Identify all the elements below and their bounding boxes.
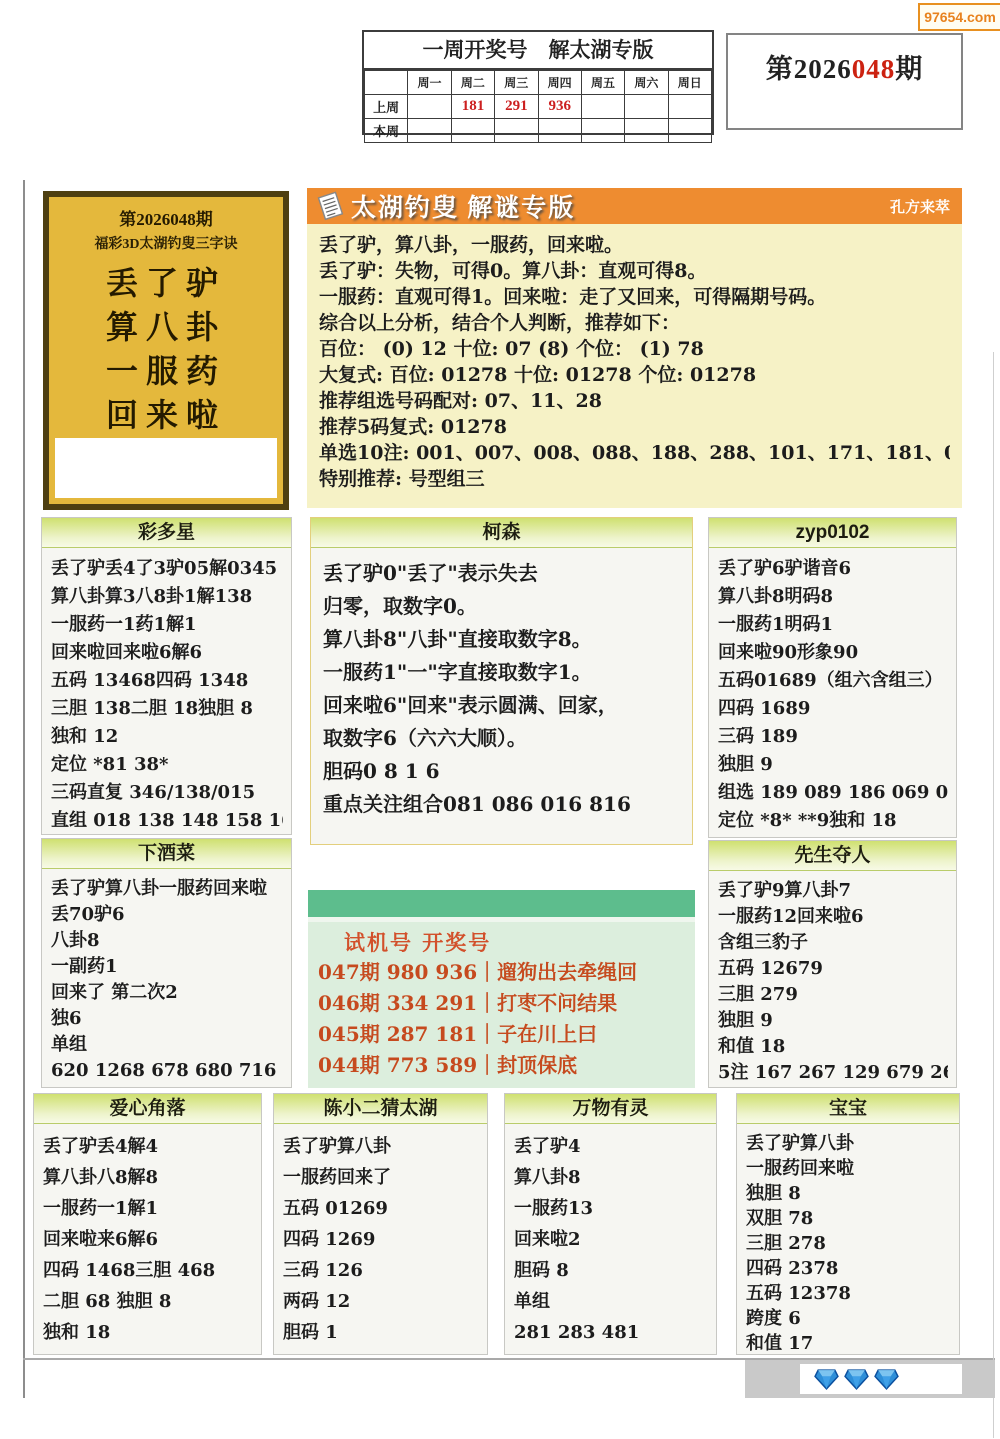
draw-cell	[581, 119, 624, 143]
week-header-row: 周一 周二 周三 周四 周五 周六 周日	[365, 71, 712, 95]
panel-title: 爱心角落	[34, 1094, 261, 1124]
text-line: 算八卦八8解8	[43, 1162, 253, 1193]
week-col: 周一	[408, 71, 451, 95]
text-line: 独6	[51, 1006, 283, 1032]
panel-title: 宝宝	[737, 1094, 959, 1124]
draw-cell	[451, 119, 494, 143]
draw-cell	[581, 95, 624, 119]
text-line: 五码01689（组六含组三）	[718, 667, 948, 695]
text-line: 三胆 138二胆 18独胆 8	[51, 695, 283, 723]
text-line: 胆码0 8 1 6	[323, 755, 680, 788]
text-line: 三码直复 346/138/015	[51, 779, 283, 807]
diamond-icon	[814, 1369, 839, 1390]
text-line: 单组	[51, 1032, 283, 1058]
text-line: 一服药：直观可得1。回来啦：走了又回来，可得隔期号码。	[319, 284, 950, 310]
panel-body: 丢了驴丢4解4 算八卦八8解8 一服药一1解1 回来啦来6解6 四码 1468三…	[34, 1124, 261, 1348]
draw-cell	[668, 119, 711, 143]
text-line: 丢了驴9算八卦7	[718, 878, 948, 904]
week-draw-box: 一周开奖号 解太湖专版 周一 周二 周三 周四 周五 周六 周日 上周 181 …	[362, 30, 714, 135]
text-line: 组选 189 089 186 069 009	[718, 779, 948, 807]
history-line: 045期 287 181｜子在川上曰	[318, 1019, 695, 1050]
text-line: 丢了驴：失物，可得0。算八卦：直观可得8。	[319, 258, 950, 284]
text-line: 一服药1"一"字直接取数字1。	[323, 656, 680, 689]
verse-line: 丢了驴	[49, 261, 283, 305]
site-link[interactable]: 97654.com	[918, 3, 1000, 31]
diamond-icon	[874, 1369, 899, 1390]
verse-line: 一服药	[49, 349, 283, 393]
blank-strip	[55, 438, 277, 498]
draw-cell	[538, 119, 581, 143]
text-line: 百位： (0) 12 十位: 07 (8) 个位： (1) 78	[319, 336, 950, 362]
panel-body: 丢了驴4 算八卦8 一服药13 回来啦2 胆码 8 单组 281 283 481	[505, 1124, 716, 1348]
history-line: 047期 980 936｜遛狗出去牵绳回	[318, 957, 695, 988]
text-line: 取数字6（六六大顺）。	[323, 722, 680, 755]
text-line: 推荐组选号码配对: 07、11、28	[319, 388, 950, 414]
text-line: 丢了驴4	[514, 1131, 708, 1162]
main-panel-body: 丢了驴，算八卦，一服药，回来啦。 丢了驴：失物，可得0。算八卦：直观可得8。 一…	[307, 224, 962, 492]
panel-body: 丢了驴0"丢了"表示失去 归零，取数字0。 算八卦8"八卦"直接取数字8。 一服…	[311, 548, 692, 821]
text-line: 回来啦回来啦6解6	[51, 639, 283, 667]
history-header: 试机号 开奖号	[344, 927, 695, 957]
text-line: 和值 18	[718, 1034, 948, 1060]
draw-cell: 181	[451, 95, 494, 119]
text-line: 620 1268 678 680 716	[51, 1058, 283, 1084]
text-line: 一服药13	[514, 1193, 708, 1224]
text-line: 五码 12679	[718, 956, 948, 982]
text-line: 丢了驴6驴谐音6	[718, 555, 948, 583]
text-line: 算八卦8	[514, 1162, 708, 1193]
issue-suffix: 期	[895, 54, 923, 84]
draw-cell	[668, 95, 711, 119]
right-border-rule	[993, 352, 994, 1438]
text-line: 一服药1明码1	[718, 611, 948, 639]
panel-body: 丢了驴算八卦 一服药回来了 五码 01269 四码 1269 三码 126 两码…	[274, 1124, 487, 1348]
text-line: 独胆 9	[718, 751, 948, 779]
text-line: 独胆 8	[746, 1181, 951, 1206]
week-last-row: 上周 181 291 936	[365, 95, 712, 119]
text-line: 一服药12回来啦6	[718, 904, 948, 930]
text-line: 三胆 279	[718, 982, 948, 1008]
issue-number-box: 第2026048期	[726, 33, 963, 130]
text-line: 三码 126	[283, 1255, 479, 1286]
text-line: 一服药回来了	[283, 1162, 479, 1193]
history-line: 044期 773 589｜封顶保底	[318, 1050, 695, 1081]
week-corner-cell	[365, 71, 408, 95]
text-line: 三胆 278	[746, 1231, 951, 1256]
panel-title: 柯森	[311, 518, 692, 548]
draw-cell	[495, 119, 538, 143]
text-line: 丢了驴丢4了3驴05解0345	[51, 555, 283, 583]
text-line: 单选10注: 001、007、008、088、188、288、101、171、1…	[319, 440, 950, 466]
text-line: 四码 1269	[283, 1224, 479, 1255]
row-label: 上周	[365, 95, 408, 119]
panel-xiansheng: 先生夺人 丢了驴9算八卦7 一服药12回来啦6 含组三豹子 五码 12679 三…	[708, 840, 957, 1088]
text-line: 四码 1689	[718, 695, 948, 723]
page: 97654.com 一周开奖号 解太湖专版 周一 周二 周三 周四 周五 周六 …	[0, 0, 1000, 1439]
text-line: 回来啦2	[514, 1224, 708, 1255]
text-line: 独和 12	[51, 723, 283, 751]
text-line: 特别推荐: 号型组三	[319, 466, 950, 492]
text-line: 五码 01269	[283, 1193, 479, 1224]
footer-icons-box	[800, 1364, 962, 1394]
text-line: 胆码 8	[514, 1255, 708, 1286]
text-line: 跨度 6	[746, 1306, 951, 1331]
text-line: 算八卦算3八8卦1解138	[51, 583, 283, 611]
text-line: 一副药1	[51, 954, 283, 980]
draw-cell	[625, 95, 668, 119]
history-line: 046期 334 291｜打枣不问结果	[318, 988, 695, 1019]
text-line: 回来啦90形象90	[718, 639, 948, 667]
panel-body: 丢了驴9算八卦7 一服药12回来啦6 含组三豹子 五码 12679 三胆 279…	[709, 871, 956, 1086]
main-panel-header: 太湖钓叟 解谜专版 孔方来萃	[307, 188, 962, 224]
panel-body: 丢了驴6驴谐音6 算八卦8明码8 一服药1明码1 回来啦90形象90 五码016…	[709, 548, 956, 835]
text-line: 五码 12378	[746, 1281, 951, 1306]
text-line: 含组三豹子	[718, 930, 948, 956]
left-border-rule	[23, 180, 25, 1398]
draw-cell: 936	[538, 95, 581, 119]
text-line: 三码 189	[718, 723, 948, 751]
text-line: 大复式: 百位: 01278 十位: 01278 个位: 01278	[319, 362, 950, 388]
panel-xiajiucai: 下酒菜 丢了驴算八卦一服药回来啦 丢70驴6 八卦8 一副药1 回来了 第二次2…	[41, 838, 292, 1088]
verse-line: 回来啦	[49, 393, 283, 437]
panel-body: 丢了驴算八卦 一服药回来啦 独胆 8 双胆 78 三胆 278 四码 2378 …	[737, 1124, 959, 1356]
text-line: 一服药一1解1	[43, 1193, 253, 1224]
text-line: 一服药回来啦	[746, 1156, 951, 1181]
diamond-icon	[844, 1369, 869, 1390]
footer-strip	[745, 1360, 995, 1398]
gold-subtitle: 福彩3D太湖钓叟三字诀	[49, 233, 283, 253]
text-line: 丢70驴6	[51, 902, 283, 928]
text-line: 单组	[514, 1286, 708, 1317]
text-line: 281 283 481	[514, 1317, 708, 1348]
draw-cell	[408, 95, 451, 119]
text-line: 独胆 9	[718, 1008, 948, 1034]
text-line: 八卦8	[51, 928, 283, 954]
main-panel-title: 太湖钓叟 解谜专版	[351, 188, 575, 224]
text-line: 算八卦8"八卦"直接取数字8。	[323, 623, 680, 656]
week-col: 周五	[581, 71, 624, 95]
issue-number: 048	[852, 54, 896, 84]
panel-body: 丢了驴丢4了3驴05解0345 算八卦算3八8卦1解138 一服药一1药1解1 …	[42, 548, 291, 835]
draw-cell	[408, 119, 451, 143]
week-table: 周一 周二 周三 周四 周五 周六 周日 上周 181 291 936 本周	[364, 70, 712, 143]
text-line: 推荐5码复式: 01278	[319, 414, 950, 440]
text-line: 双胆 78	[746, 1206, 951, 1231]
gold-issue: 第2026048期	[49, 205, 283, 230]
main-interpretation-panel: 太湖钓叟 解谜专版 孔方来萃 丢了驴，算八卦，一服药，回来啦。 丢了驴：失物，可…	[307, 188, 962, 508]
text-line: 丢了驴丢4解4	[43, 1131, 253, 1162]
week-col: 周四	[538, 71, 581, 95]
text-line: 丢了驴算八卦	[283, 1131, 479, 1162]
panel-title: 陈小二猜太湖	[274, 1094, 487, 1124]
text-line: 四码 1468三胆 468	[43, 1255, 253, 1286]
issue-prefix: 第2026	[766, 54, 852, 84]
trial-draw-history-box: 试机号 开奖号 047期 980 936｜遛狗出去牵绳回 046期 334 29…	[308, 890, 695, 1088]
text-line: 回来啦6"回来"表示圆满、回家，	[323, 689, 680, 722]
text-line: 回来了 第二次2	[51, 980, 283, 1006]
week-col: 周三	[495, 71, 538, 95]
text-line: 综合以上分析，结合个人判断，推荐如下：	[319, 310, 950, 336]
text-line: 回来啦来6解6	[43, 1224, 253, 1255]
panel-baobao: 宝宝 丢了驴算八卦 一服药回来啦 独胆 8 双胆 78 三胆 278 四码 23…	[736, 1093, 960, 1355]
text-line: 二胆 68 独胆 8	[43, 1286, 253, 1317]
draw-cell: 291	[495, 95, 538, 119]
panel-title: zyp0102	[709, 518, 956, 548]
text-line: 一服药一1药1解1	[51, 611, 283, 639]
text-line: 丢了驴0"丢了"表示失去	[323, 557, 680, 590]
panel-aixin: 爱心角落 丢了驴丢4解4 算八卦八8解8 一服药一1解1 回来啦来6解6 四码 …	[33, 1093, 262, 1355]
row-label: 本周	[365, 119, 408, 143]
panel-zyp0102: zyp0102 丢了驴6驴谐音6 算八卦8明码8 一服药1明码1 回来啦90形象…	[708, 517, 957, 838]
text-line: 算八卦8明码8	[718, 583, 948, 611]
verse-line: 算八卦	[49, 305, 283, 349]
text-line: 独和 18	[43, 1317, 253, 1348]
text-line: 归零，取数字0。	[323, 590, 680, 623]
text-line: 丢了驴，算八卦，一服药，回来啦。	[319, 232, 950, 258]
week-col: 周二	[451, 71, 494, 95]
text-line: 丢了驴算八卦一服药回来啦	[51, 876, 283, 902]
text-line: 四码 2378	[746, 1256, 951, 1281]
panel-kesen: 柯森 丢了驴0"丢了"表示失去 归零，取数字0。 算八卦8"八卦"直接取数字8。…	[310, 517, 693, 845]
text-line: 重点关注组合081 086 016 816	[323, 788, 680, 821]
text-line: 定位 *81 38*	[51, 751, 283, 779]
panel-title: 下酒菜	[42, 839, 291, 869]
text-line: 直组 018 138 148 158 168	[51, 807, 283, 835]
riddle-verse: 丢了驴 算八卦 一服药 回来啦	[49, 261, 283, 437]
green-header-bar	[308, 890, 695, 922]
week-col: 周日	[668, 71, 711, 95]
history-body: 047期 980 936｜遛狗出去牵绳回 046期 334 291｜打枣不问结果…	[318, 957, 695, 1081]
text-line: 五码 13468四码 1348	[51, 667, 283, 695]
text-line: 胆码 1	[283, 1317, 479, 1348]
week-col: 周六	[625, 71, 668, 95]
note-paper-icon	[315, 191, 345, 221]
text-line: 两码 12	[283, 1286, 479, 1317]
week-table-title: 一周开奖号 解太湖专版	[364, 32, 712, 70]
panel-chenxiaoer: 陈小二猜太湖 丢了驴算八卦 一服药回来了 五码 01269 四码 1269 三码…	[273, 1093, 488, 1355]
panel-title: 彩多星	[42, 518, 291, 548]
panel-wanwu: 万物有灵 丢了驴4 算八卦8 一服药13 回来啦2 胆码 8 单组 281 28…	[504, 1093, 717, 1355]
text-line: 丢了驴算八卦	[746, 1131, 951, 1156]
gold-riddle-box: 第2026048期 福彩3D太湖钓叟三字诀 丢了驴 算八卦 一服药 回来啦	[43, 191, 289, 510]
panel-title: 万物有灵	[505, 1094, 716, 1124]
text-line: 5注 167 267 129 679 261	[718, 1060, 948, 1086]
panel-title: 先生夺人	[709, 841, 956, 871]
week-this-row: 本周	[365, 119, 712, 143]
panel-caiduoxing: 彩多星 丢了驴丢4了3驴05解0345 算八卦算3八8卦1解138 一服药一1药…	[41, 517, 292, 835]
panel-body: 丢了驴算八卦一服药回来啦 丢70驴6 八卦8 一副药1 回来了 第二次2 独6 …	[42, 869, 291, 1084]
text-line: 定位 *8* **9独和 18	[718, 807, 948, 835]
draw-cell	[625, 119, 668, 143]
main-panel-corner-label: 孔方来萃	[890, 196, 950, 217]
text-line: 和值 17	[746, 1331, 951, 1356]
